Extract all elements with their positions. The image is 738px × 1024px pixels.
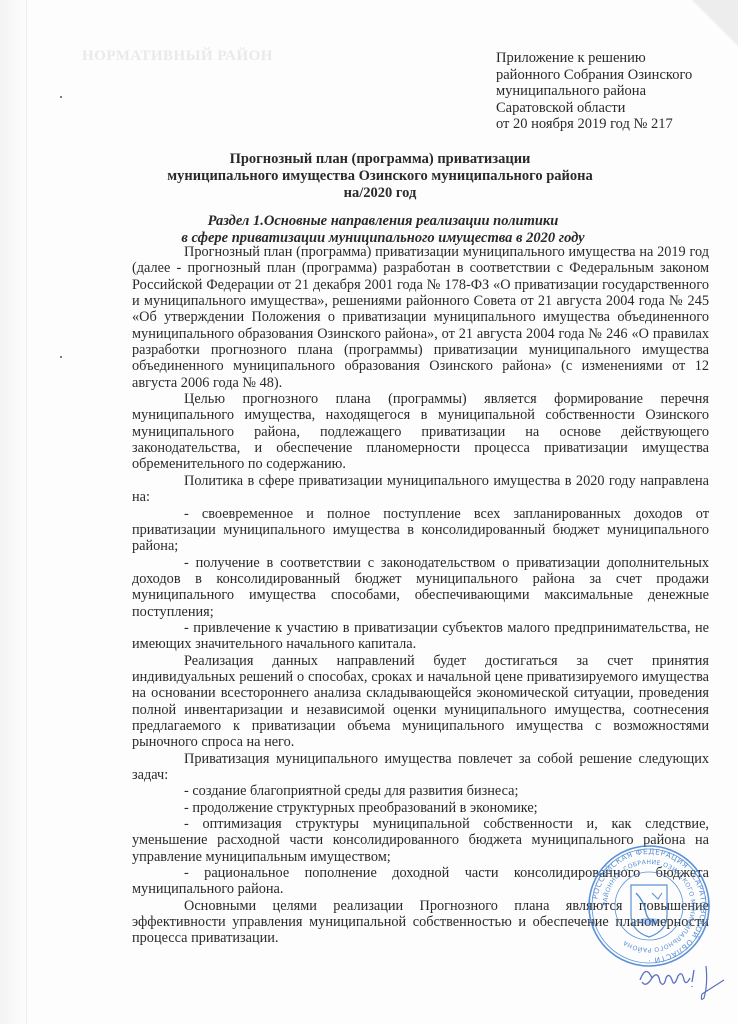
annex-line: Саратовской области	[496, 100, 692, 117]
annex-header: Приложение к решению районного Собрания …	[496, 50, 692, 133]
list-item-task: - продолжение структурных преобразований…	[132, 800, 709, 816]
annex-line: районного Собрания Озинского	[496, 67, 692, 84]
document-title: Прогнозный план (программа) приватизации…	[100, 151, 660, 201]
annex-line: от 20 ноября 2019 год № 217	[496, 116, 692, 133]
section-heading: Раздел 1.Основные направления реализации…	[100, 213, 666, 247]
official-stamp-icon: РОССИЙСКАЯ ФЕДЕРАЦИЯ · САРАТОВСКОЙ ОБЛАС…	[586, 843, 712, 969]
annex-line: Приложение к решению	[496, 50, 692, 67]
title-line: на/2020 год	[100, 185, 660, 202]
scan-speck	[60, 96, 62, 98]
paragraph-implementation: Реализация данных направлений будет дост…	[132, 653, 709, 751]
annex-line: муниципального района	[496, 83, 692, 100]
section-heading-line: Раздел 1.Основные направления реализации…	[100, 213, 666, 230]
scan-corner-fold	[692, 0, 738, 46]
list-item-policy: - привлечение к участию в приватизации с…	[132, 620, 709, 653]
document-page: НОРМАТИВНЫЙ РАЙОН Приложение к решению р…	[0, 0, 738, 1024]
signature-icon	[636, 958, 726, 1004]
scan-speck	[60, 356, 62, 358]
paragraph-goal: Целью прогнозного плана (программы) явля…	[132, 391, 709, 473]
list-item-policy: - своевременное и полное поступление все…	[132, 506, 709, 555]
paragraph-policy-intro: Политика в сфере приватизации муниципаль…	[132, 473, 709, 506]
title-line: Прогнозный план (программа) приватизации	[100, 151, 660, 168]
list-item-policy: - получение в соответствии с законодател…	[132, 555, 709, 620]
title-line: муниципального имущества Озинского муниц…	[100, 168, 660, 185]
scan-left-edge	[0, 0, 27, 1024]
paragraph-tasks-intro: Приватизация муниципального имущества по…	[132, 751, 709, 784]
paragraph-legal-basis: Прогнозный план (программа) приватизации…	[132, 244, 709, 391]
document-body: Прогнозный план (программа) приватизации…	[132, 244, 709, 947]
list-item-task: - создание благоприятной среды для разви…	[132, 783, 709, 799]
bleed-through-text: НОРМАТИВНЫЙ РАЙОН	[82, 48, 273, 65]
